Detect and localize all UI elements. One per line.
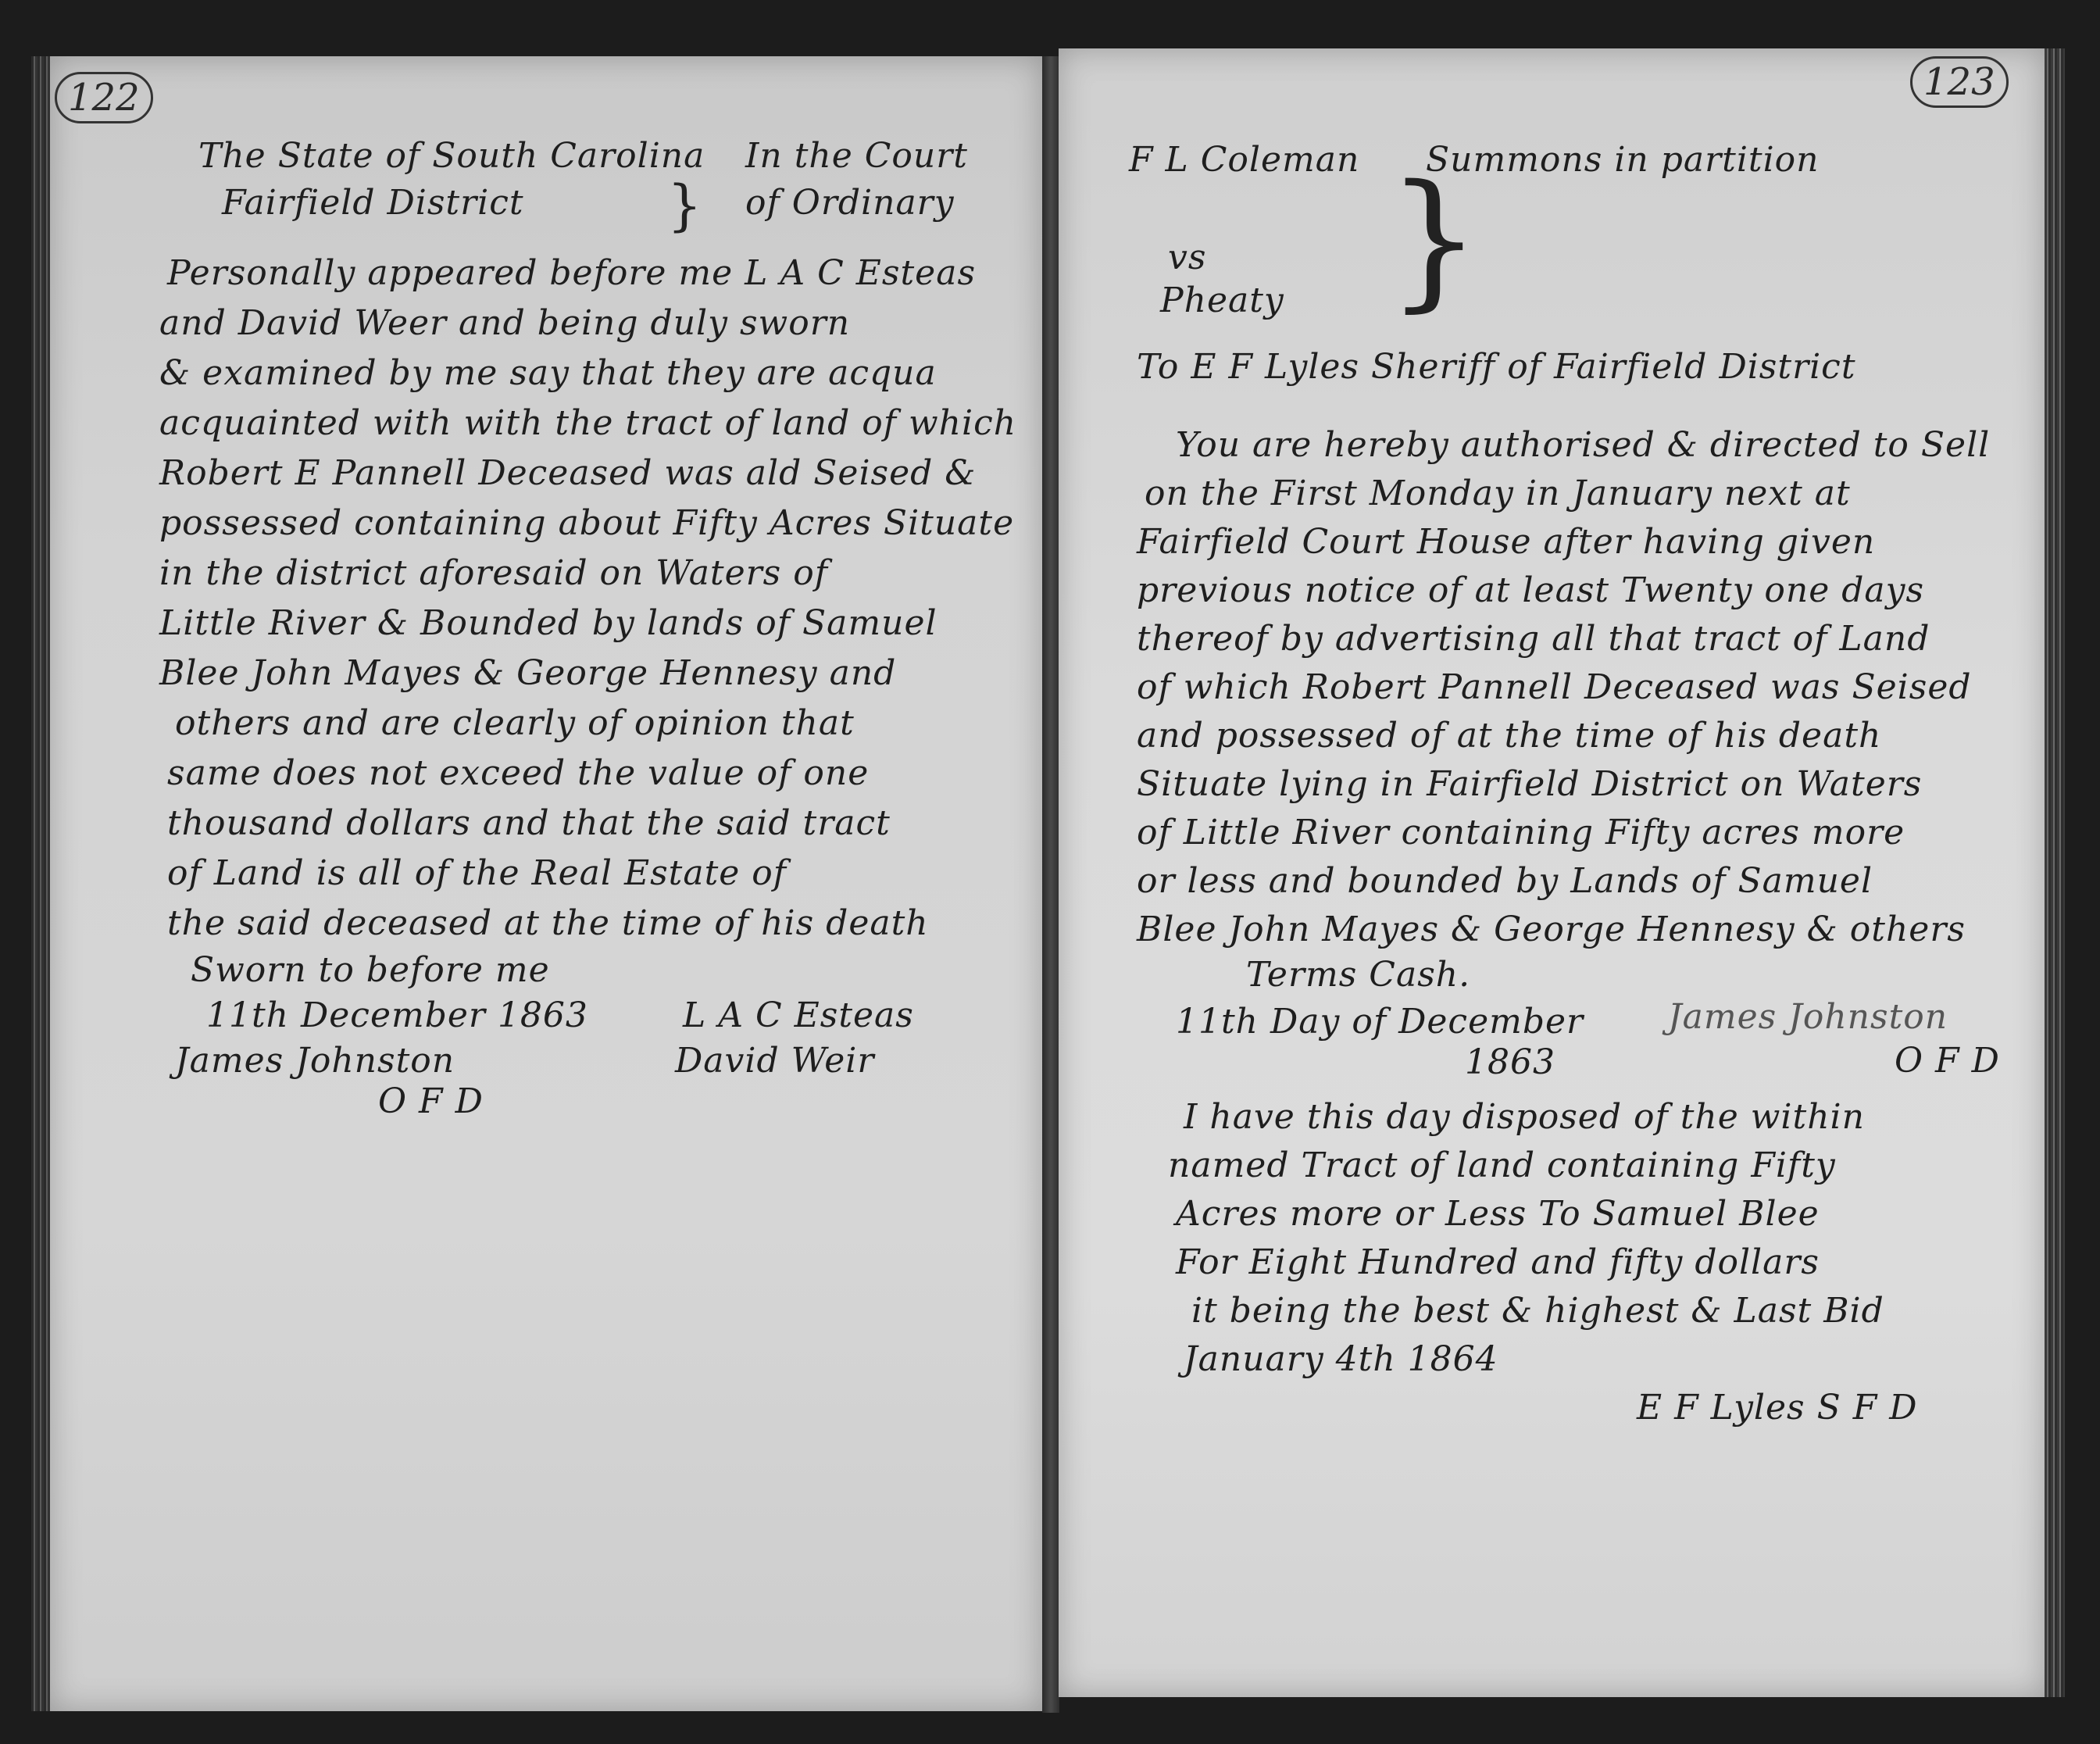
order-line-2: on the First Monday in January next at <box>1145 472 1851 516</box>
sworn-line: Sworn to before me <box>191 949 550 992</box>
witness-signature-1: L A C Esteas <box>683 994 914 1038</box>
order-line-4: previous notice of at least Twenty one d… <box>1137 569 1924 613</box>
book-edge-left <box>31 56 50 1711</box>
order-date: 11th Day of December <box>1176 1000 1584 1044</box>
book-spine <box>1042 56 1059 1713</box>
order-line-8: Situate lying in Fairfield District on W… <box>1137 763 1922 806</box>
address-line: To E F Lyles Sheriff of Fairfield Distri… <box>1137 345 1856 389</box>
return-line-4: For Eight Hundred and fifty dollars <box>1176 1241 1820 1285</box>
case-brace: } <box>1387 166 1481 314</box>
date-line: 11th December 1863 <box>206 994 588 1038</box>
right-page: 123 F L Coleman Summons in partition } v… <box>1059 48 2045 1697</box>
order-line-9: of Little River containing Fifty acres m… <box>1137 811 1905 855</box>
order-line-7: and possessed of at the time of his deat… <box>1137 714 1881 758</box>
case-vs: vs <box>1168 236 1206 280</box>
return-line-1: I have this day disposed of the within <box>1184 1095 1865 1139</box>
return-line-2: named Tract of land containing Fifty <box>1168 1144 1836 1188</box>
heading-brace: } <box>667 173 702 238</box>
order-line-11: Blee John Mayes & George Hennesy & other… <box>1137 908 1966 952</box>
witness-signature-2: David Weir <box>675 1039 874 1083</box>
return-date: January 4th 1864 <box>1184 1338 1498 1381</box>
order-line-6: of which Robert Pannell Deceased was Sei… <box>1137 666 1972 709</box>
body-line-11: same does not exceed the value of one <box>167 752 869 795</box>
body-line-8: Little River & Bounded by lands of Samue… <box>159 602 937 645</box>
body-line-9: Blee John Mayes & George Hennesy and <box>159 652 896 695</box>
order-line-10: or less and bounded by Lands of Samuel <box>1137 859 1873 903</box>
body-line-13: of Land is all of the Real Estate of <box>167 852 787 895</box>
body-line-1: Personally appeared before me L A C Este… <box>167 252 976 295</box>
order-signer: James Johnston <box>1668 995 1948 1039</box>
heading-state: The State of South Carolina <box>198 134 705 178</box>
body-line-5: Robert E Pannell Deceased was ald Seised… <box>159 452 976 495</box>
body-line-7: in the district aforesaid on Waters of <box>159 552 828 595</box>
order-line-3: Fairfield Court House after having given <box>1137 520 1875 564</box>
book-edge-right <box>2045 48 2065 1697</box>
case-action: Summons in partition <box>1426 138 1819 182</box>
order-signer-title: O F D <box>1895 1039 2000 1083</box>
return-line-3: Acres more or Less To Samuel Blee <box>1176 1192 1820 1236</box>
order-line-1: You are hereby authorised & directed to … <box>1176 423 1990 467</box>
body-line-2: and David Weer and being duly sworn <box>159 302 850 345</box>
case-defendant: Pheaty <box>1160 279 1284 323</box>
body-line-3: & examined by me say that they are acqua <box>159 352 937 395</box>
body-line-4: acquainted with with the tract of land o… <box>159 402 1016 445</box>
return-signer: E F Lyles S F D <box>1637 1386 1918 1430</box>
left-page: 122 The State of South Carolina In the C… <box>50 56 1042 1711</box>
terms-line: Terms Cash. <box>1246 953 1470 997</box>
heading-court: In the Court <box>745 134 968 178</box>
heading-district: Fairfield District <box>222 181 524 225</box>
order-line-5: thereof by advertising all that tract of… <box>1137 617 1930 661</box>
page-number-left: 122 <box>55 72 153 123</box>
official-title: O F D <box>378 1080 484 1124</box>
heading-ordinary: of Ordinary <box>745 181 955 225</box>
order-year: 1863 <box>1465 1041 1555 1085</box>
page-number-right: 123 <box>1910 56 2009 108</box>
body-line-6: possessed containing about Fifty Acres S… <box>159 502 1014 545</box>
body-line-14: the said deceased at the time of his dea… <box>167 902 929 945</box>
return-line-5: it being the best & highest & Last Bid <box>1191 1289 1884 1333</box>
body-line-10: others and are clearly of opinion that <box>175 702 855 745</box>
official-signature: James Johnston <box>175 1039 455 1083</box>
case-plaintiff: F L Coleman <box>1129 138 1359 182</box>
body-line-12: thousand dollars and that the said tract <box>167 802 891 845</box>
